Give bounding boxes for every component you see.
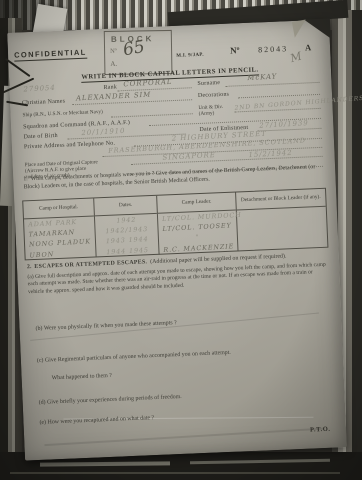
question-2c-letter: (c) — [37, 358, 44, 364]
pencil-corner-scribble: M — [289, 50, 303, 66]
camps-table: Camp or Hospital. ADAM PARK TAMARKAN NON… — [22, 188, 328, 261]
question-2b-letter: (b) — [35, 326, 42, 332]
rank-handwriting: CORPORAL — [123, 78, 172, 89]
surname-handwriting: McKAY — [247, 73, 277, 83]
ship-label: Ship (R.N., U.S.N. or Merchant Navy) — [23, 109, 111, 119]
address-label: Private Address and Telephone No. — [24, 141, 115, 152]
camps-table-column-detachment: Detachment or Block Leader (if any). — [236, 189, 327, 251]
question-2c-text: Give Regimental particulars of anyone wh… — [45, 350, 231, 364]
stamp-no-symbol: Nº — [110, 48, 117, 55]
block-number-stamp: BLOCK Nº A. 65 — [104, 30, 173, 75]
dotted-rule — [226, 82, 320, 87]
question-2e-letter: (e) — [39, 420, 46, 426]
page-edge-streak — [10, 472, 340, 474]
question-2b: (b) Were you physically fit when you mad… — [35, 314, 325, 334]
question-2d-letter: (d) — [39, 400, 46, 406]
stamp-prefix: A. — [110, 60, 117, 68]
serial-number: 82043 — [258, 44, 288, 54]
date-of-birth-label: Date of Birth — [23, 133, 58, 141]
pow-questionnaire-page: CONFIDENTIAL BLOCK Nº A. 65 M.I. 9/JAP. … — [7, 19, 347, 460]
unit-div-label: Unit & Div. (Army) — [198, 103, 238, 117]
serial-suffix: A — [305, 42, 312, 52]
section-2-number: 2. — [27, 264, 32, 270]
service-number-handwriting: 279054 — [23, 84, 55, 94]
question-2c: (c) Give Regimental particulars of anyon… — [37, 346, 327, 366]
handwritten-block-number: 65 — [121, 37, 146, 60]
question-2a-letter: (a) — [27, 274, 33, 280]
question-2d-text: Give briefly your experiences during per… — [47, 394, 182, 406]
surname-label: Surname — [197, 80, 220, 88]
decorations-label: Decorations — [198, 92, 229, 100]
department-reference: M.I. 9/JAP. — [176, 53, 204, 59]
question-2b-text: Were you physically fit when you made th… — [44, 320, 177, 332]
camps-table-column-dates: Dates. 1942 1942/1943 1943 1944 1944 194… — [94, 196, 160, 257]
question-2d: (d) Give briefly your experiences during… — [39, 388, 329, 408]
serial-no-symbol: Nº — [230, 45, 240, 55]
dotted-rule — [131, 156, 323, 165]
dog-ear-flap — [292, 20, 309, 38]
please-turn-over: P.T.O. — [310, 426, 331, 434]
dog-ear-corner — [304, 18, 331, 39]
rank-label: Rank — [103, 84, 117, 91]
camps-table-column-leader: Camp Leader. LT/COL. MURDOCH LT/COL. TOO… — [158, 192, 239, 254]
dotted-rule — [238, 94, 320, 98]
confidential-marking: CONFIDENTIAL — [14, 48, 87, 62]
question-2e-text: How were you recaptured and on what date… — [47, 415, 154, 425]
photo-of-document: { "header": { "confidential": "CONFIDENT… — [0, 0, 362, 480]
christian-names-label: Christian Names — [22, 99, 65, 108]
paper-crease — [44, 428, 324, 447]
question-2c-followup: What happened to them ? — [52, 364, 322, 383]
camps-table-column-camp: Camp or Hospital. ADAM PARK TAMARKAN NON… — [23, 198, 96, 260]
section-2-title: ESCAPES OR ATTEMPTED ESCAPES. — [34, 259, 147, 270]
question-1-number: 1. — [23, 176, 28, 182]
dotted-rule — [111, 113, 193, 117]
